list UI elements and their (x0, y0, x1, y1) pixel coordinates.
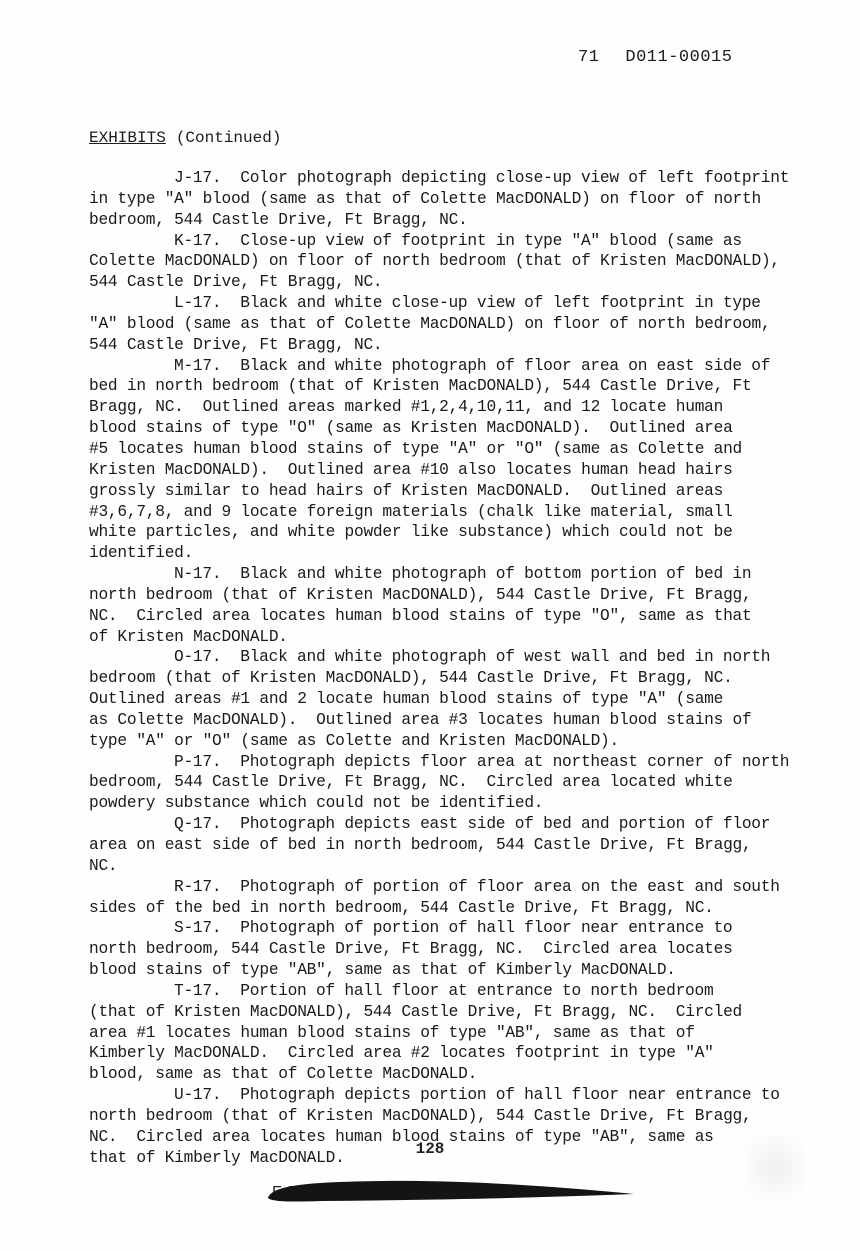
exhibit-heading-line: M-17. Black and white photograph of floo… (89, 356, 809, 377)
exhibit-list: J-17. Color photograph depicting close-u… (89, 168, 809, 1169)
exhibit-heading-line: L-17. Black and white close-up view of l… (89, 293, 809, 314)
exhibit-text-line: blood, same as that of Colette MacDONALD… (89, 1064, 809, 1085)
exhibit-text-line: bedroom (that of Kristen MacDONALD), 544… (89, 668, 809, 689)
exhibit-text-line: of Kristen MacDONALD. (89, 627, 809, 648)
exhibit-j-17: J-17. Color photograph depicting close-u… (89, 168, 809, 231)
exhibit-text-line: north bedroom (that of Kristen MacDONALD… (89, 1106, 809, 1127)
exhibit-text-line: white particles, and white powder like s… (89, 522, 809, 543)
exhibit-text-line: NC. Circled area locates human blood sta… (89, 606, 809, 627)
section-subtitle: (Continued) (176, 129, 282, 147)
exhibit-text-line: in type "A" blood (same as that of Colet… (89, 189, 809, 210)
exhibit-m-17: M-17. Black and white photograph of floo… (89, 356, 809, 564)
page-number: 128 (0, 1140, 860, 1158)
exhibit-text-line: NC. (89, 856, 809, 877)
exhibit-k-17: K-17. Close-up view of footprint in type… (89, 231, 809, 294)
exhibit-heading-line: J-17. Color photograph depicting close-u… (89, 168, 809, 189)
exhibit-text-line: area on east side of bed in north bedroo… (89, 835, 809, 856)
exhibit-n-17: N-17. Black and white photograph of bott… (89, 564, 809, 647)
exhibit-heading-line: R-17. Photograph of portion of floor are… (89, 877, 809, 898)
exhibit-text-line: 544 Castle Drive, Ft Bragg, NC. (89, 272, 809, 293)
exhibit-text-line: blood stains of type "AB", same as that … (89, 960, 809, 981)
exhibit-text-line: powdery substance which could not be ide… (89, 793, 809, 814)
exhibit-r-17: R-17. Photograph of portion of floor are… (89, 877, 809, 919)
document-header: 71D011-00015 (578, 48, 732, 67)
redaction-mark (262, 1178, 636, 1204)
exhibit-text-line: north bedroom, 544 Castle Drive, Ft Brag… (89, 939, 809, 960)
exhibit-text-line: Outlined areas #1 and 2 locate human blo… (89, 689, 809, 710)
exhibit-heading-line: K-17. Close-up view of footprint in type… (89, 231, 809, 252)
exhibit-text-line: as Colette MacDONALD). Outlined area #3 … (89, 710, 809, 731)
exhibit-q-17: Q-17. Photograph depicts east side of be… (89, 814, 809, 877)
exhibit-s-17: S-17. Photograph of portion of hall floo… (89, 918, 809, 981)
scan-artifact (745, 1120, 805, 1215)
exhibit-text-line: Colette MacDONALD) on floor of north bed… (89, 251, 809, 272)
exhibit-heading-line: O-17. Black and white photograph of west… (89, 647, 809, 668)
exhibit-text-line: bed in north bedroom (that of Kristen Ma… (89, 376, 809, 397)
exhibit-text-line: north bedroom (that of Kristen MacDONALD… (89, 585, 809, 606)
document-page: 71D011-00015 EXHIBITS(Continued) J-17. C… (0, 0, 860, 1251)
exhibit-text-line: Kimberly MacDONALD. Circled area #2 loca… (89, 1043, 809, 1064)
exhibit-text-line: Bragg, NC. Outlined areas marked #1,2,4,… (89, 397, 809, 418)
exhibit-text-line: #3,6,7,8, and 9 locate foreign materials… (89, 502, 809, 523)
exhibit-text-line: "A" blood (same as that of Colette MacDO… (89, 314, 809, 335)
exhibit-text-line: sides of the bed in north bedroom, 544 C… (89, 898, 809, 919)
exhibit-heading-line: P-17. Photograph depicts floor area at n… (89, 752, 809, 773)
section-title: EXHIBITS (89, 129, 166, 147)
redacted-stamp: FOR OFFICIAL USE ONLY (262, 1178, 636, 1204)
exhibit-p-17: P-17. Photograph depicts floor area at n… (89, 752, 809, 815)
exhibit-text-line: Kristen MacDONALD). Outlined area #10 al… (89, 460, 809, 481)
exhibit-heading-line: S-17. Photograph of portion of hall floo… (89, 918, 809, 939)
exhibit-t-17: T-17. Portion of hall floor at entrance … (89, 981, 809, 1085)
exhibit-text-line: bedroom, 544 Castle Drive, Ft Bragg, NC. (89, 210, 809, 231)
exhibit-text-line: identified. (89, 543, 809, 564)
exhibit-heading-line: Q-17. Photograph depicts east side of be… (89, 814, 809, 835)
exhibit-heading-line: T-17. Portion of hall floor at entrance … (89, 981, 809, 1002)
page-reference: 71 (578, 48, 599, 67)
document-id: D011-00015 (625, 48, 732, 67)
exhibit-text-line: bedroom, 544 Castle Drive, Ft Bragg, NC.… (89, 772, 809, 793)
exhibit-text-line: grossly similar to head hairs of Kristen… (89, 481, 809, 502)
exhibit-text-line: type "A" or "O" (same as Colette and Kri… (89, 731, 809, 752)
exhibit-text-line: blood stains of type "O" (same as Kriste… (89, 418, 809, 439)
exhibit-o-17: O-17. Black and white photograph of west… (89, 647, 809, 751)
exhibit-l-17: L-17. Black and white close-up view of l… (89, 293, 809, 356)
exhibit-text-line: 544 Castle Drive, Ft Bragg, NC. (89, 335, 809, 356)
exhibit-heading-line: U-17. Photograph depicts portion of hall… (89, 1085, 809, 1106)
exhibit-text-line: (that of Kristen MacDONALD), 544 Castle … (89, 1002, 809, 1023)
exhibit-text-line: #5 locates human blood stains of type "A… (89, 439, 809, 460)
section-heading: EXHIBITS(Continued) (89, 129, 281, 147)
exhibit-heading-line: N-17. Black and white photograph of bott… (89, 564, 809, 585)
exhibit-text-line: area #1 locates human blood stains of ty… (89, 1023, 809, 1044)
